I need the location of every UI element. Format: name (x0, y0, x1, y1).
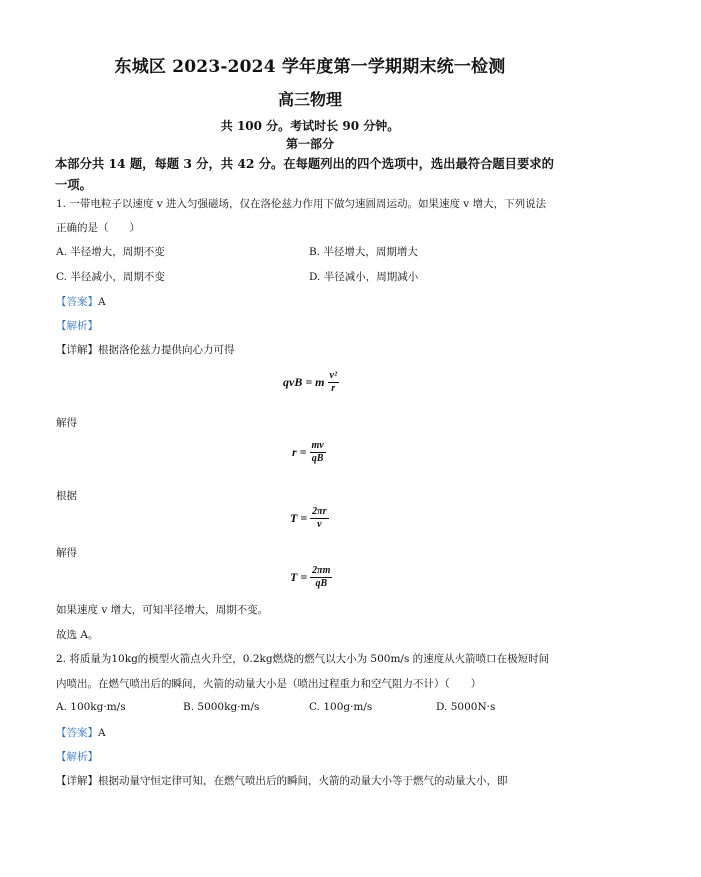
fraction: 2πr v (310, 506, 328, 531)
numerator: mv (310, 440, 326, 453)
question-2-answer: 【答案】A (56, 725, 106, 740)
question-2-option-b: B. 5000kg·m/s (183, 701, 259, 713)
question-2-option-c: C. 100g·m/s (309, 701, 372, 713)
question-2-stem-line1: 2. 将质量为10kg的模型火箭点火升空，0.2kg燃烧的燃气以大小为 500m… (56, 651, 549, 666)
denominator: qB (315, 578, 327, 590)
denominator: v (317, 519, 321, 531)
detail-text: 根据动量守恒定律可知，在燃气喷出后的瞬间，火箭的动量大小等于燃气的动量大小，即 (98, 775, 508, 787)
denominator: qB (312, 453, 324, 465)
formula-lhs: r = (292, 445, 307, 460)
question-1-option-b: B. 半径增大，周期增大 (309, 244, 418, 259)
question-1-choice: 故选 A。 (56, 627, 98, 642)
part-heading: 第一部分 (0, 135, 620, 152)
numerator: 2πr (310, 506, 328, 519)
document-title: 东城区 2023-2024 学年度第一学期期末统一检测 (0, 52, 620, 77)
formula-period-qb: T = 2πm qB (290, 565, 332, 590)
answer-value: A (98, 296, 106, 308)
formula-lhs: T = (290, 570, 307, 585)
question-1-conclusion: 如果速度 v 增大，可知半径增大，周期不变。 (56, 602, 268, 617)
formula-radius: r = mv qB (292, 440, 326, 465)
step-lead-solve-2: 解得 (56, 545, 77, 560)
fraction: v² r (328, 370, 339, 395)
fraction: mv qB (310, 440, 326, 465)
question-2-option-d: D. 5000N·s (436, 701, 495, 713)
answer-label: 【答案】 (56, 296, 98, 308)
question-1-answer: 【答案】A (56, 294, 106, 309)
numerator: 2πm (310, 565, 332, 578)
question-1-option-a: A. 半径增大，周期不变 (56, 244, 165, 259)
question-1-stem-line1: 1. 一带电粒子以速度 v 进入匀强磁场，仅在洛伦兹力作用下做匀速圆周运动。如果… (56, 196, 546, 211)
detail-label: 【详解】 (56, 775, 98, 787)
question-2-analysis-label: 【解析】 (56, 749, 98, 764)
step-lead-according: 根据 (56, 488, 77, 503)
fraction: 2πm qB (310, 565, 332, 590)
question-2-stem-line2: 内喷出。在燃气喷出后的瞬间，火箭的动量大小是（喷出过程重力和空气阻力不计）（ ） (56, 676, 481, 691)
formula-lorentz-centripetal: qvB = m v² r (283, 370, 339, 395)
answer-label: 【答案】 (56, 727, 98, 739)
denominator: r (331, 383, 335, 395)
formula-lhs: T = (290, 511, 307, 526)
exam-meta: 共 100 分。考试时长 90 分钟。 (0, 117, 620, 134)
question-1-option-d: D. 半径减小，周期减小 (309, 269, 418, 284)
step-lead-solve-1: 解得 (56, 415, 77, 430)
answer-value: A (98, 727, 106, 739)
question-1-analysis-label: 【解析】 (56, 318, 98, 333)
question-2-detail: 【详解】根据动量守恒定律可知，在燃气喷出后的瞬间，火箭的动量大小等于燃气的动量大… (56, 773, 508, 788)
detail-text: 根据洛伦兹力提供向心力可得 (98, 344, 235, 356)
section-instructions: 本部分共 14 题，每题 3 分，共 42 分。在每题列出的四个选项中，选出最符… (55, 153, 565, 195)
document-subtitle: 高三物理 (0, 87, 620, 110)
question-2-option-a: A. 100kg·m/s (56, 701, 126, 713)
question-1-option-c: C. 半径减小，周期不变 (56, 269, 165, 284)
question-1-detail: 【详解】根据洛伦兹力提供向心力可得 (56, 342, 235, 357)
detail-label: 【详解】 (56, 344, 98, 356)
question-1-stem-line2: 正确的是（ ） (56, 220, 140, 235)
formula-period-v: T = 2πr v (290, 506, 329, 531)
numerator: v² (328, 370, 339, 383)
formula-lhs: qvB = m (283, 375, 325, 390)
